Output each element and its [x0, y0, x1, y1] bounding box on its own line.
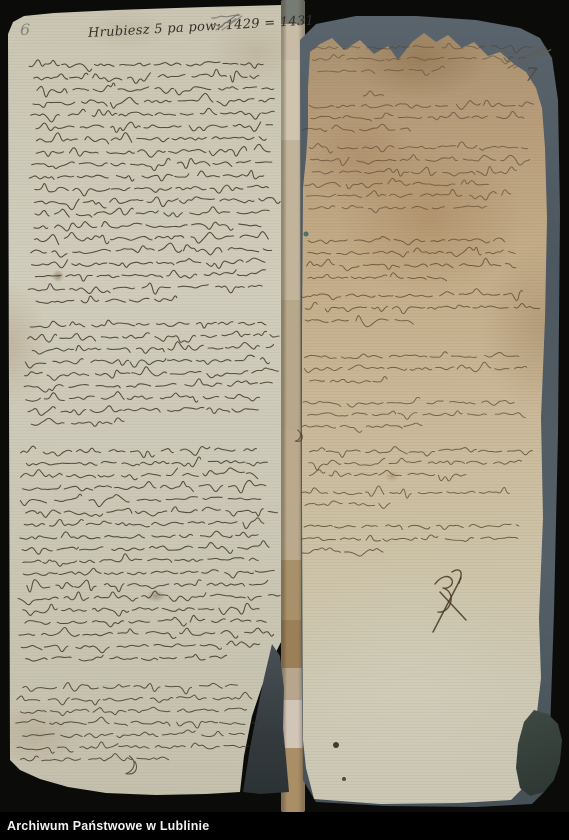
right-page-stains — [300, 28, 556, 806]
manuscript-scan: 6 Hrubiesz 5 pa pow: 1429 = 1431 7 Archi… — [0, 0, 569, 840]
right-page — [300, 28, 556, 806]
watermark-bar: Archiwum Państwowe w Lublinie — [0, 812, 569, 840]
left-page — [6, 4, 284, 796]
page-number-left: 6 — [20, 20, 30, 39]
watermark-label: Archiwum Państwowe w Lublinie — [7, 819, 209, 833]
left-page-stains — [6, 4, 284, 796]
page-number-right: 7 — [524, 64, 538, 87]
